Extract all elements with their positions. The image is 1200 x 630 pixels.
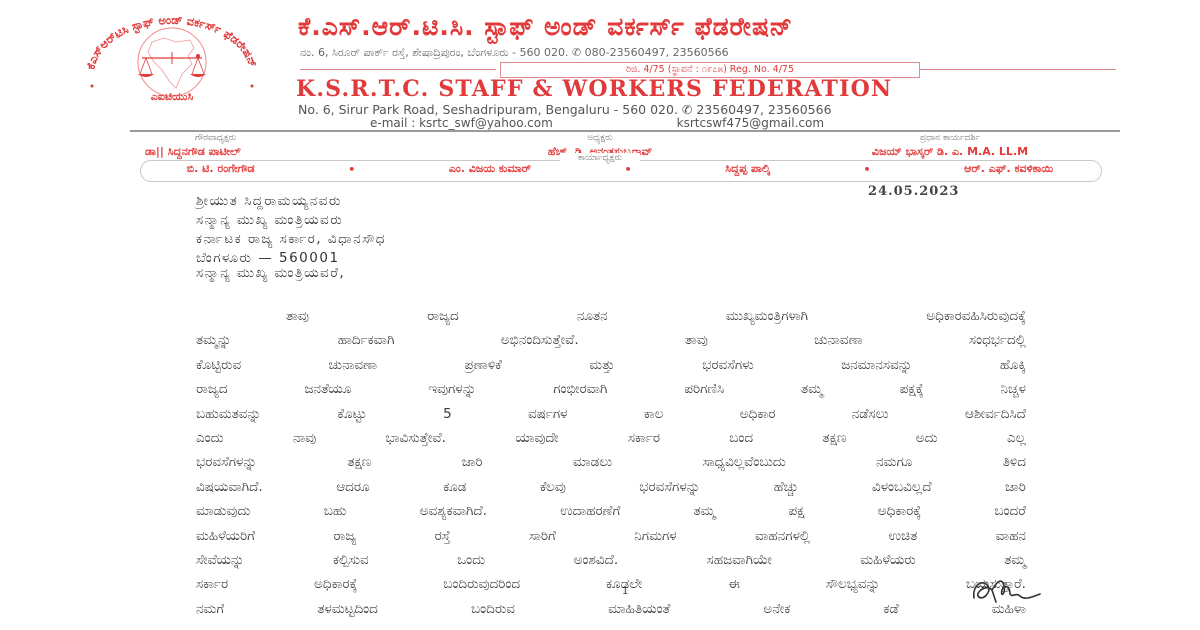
body-word: ಅವಶ್ಯಕವಾಗಿದೆ. <box>420 499 487 523</box>
body-word: ನಿಚ್ಚಳ <box>1001 377 1026 401</box>
salutation: ಸನ್ಮಾನ್ಯ ಮುಖ್ಯ ಮಂತ್ರಿಯವರೆ, <box>196 265 345 281</box>
body-word: ಮಾಡಲು <box>573 450 612 474</box>
body-word: ನಡೆಸಲು <box>852 402 889 426</box>
recipient-line: ಕರ್ನಾಟಕ ರಾಜ್ಯ ಸರ್ಕಾರ, ವಿಧಾನಸೌಧ <box>196 230 386 249</box>
body-word: ಈ <box>728 572 740 596</box>
letter-page: ಕೆಎಸ್‌ಆರ್‌ಟಿಸಿ ಸ್ಟಾಫ್ ಅಂಡ್ ವರ್ಕರ್ಸ್ ಫೆಡರ… <box>0 0 1200 630</box>
body-word: ಆದರೂ <box>336 475 369 499</box>
body-word: ಕೂಡ <box>443 475 466 499</box>
body-word: ಮಾಡುವುದು <box>196 499 251 523</box>
body-word: ರಾಜ್ಯದ <box>427 304 459 328</box>
body-word: ಯಾವುದೇ <box>515 426 558 450</box>
body-word: ಸರ್ಕಾರ <box>628 426 660 450</box>
body-word: ಒಂದು <box>457 548 485 572</box>
body-line: ಮಹಿಳೆಯರಿಗೆರಾಜ್ಯರಸ್ತೆಸಾರಿಗೆನಿಗಮಗಳವಾಹನಗಳಲ್… <box>196 524 1026 548</box>
address-kannada: ನಂ. 6, ಸಿರೂರ್ ಪಾರ್ಕ್ ರಸ್ತೆ, ಶೇಷಾದ್ರಿಪುರಂ… <box>300 46 1120 60</box>
body-line: ಮಾಡುವುದುಬಹುಅವಶ್ಯಕವಾಗಿದೆ.ಉದಾಹರಣೆಗೆತಮ್ಮಪಕ್… <box>196 499 1026 523</box>
body-word: ವಿಳಂಬವಿಲ್ಲದೆ <box>872 475 931 499</box>
body-word: ಗಂಭೀರವಾಗಿ <box>553 377 607 401</box>
body-word: ಅಧಿಕಾರಕ್ಕೆ <box>878 499 922 523</box>
body-word: ಇವುಗಳನ್ನು <box>428 377 476 401</box>
body-word: ಸಾರಿಗೆ <box>529 524 556 548</box>
body-word: ತಾವು <box>286 304 309 328</box>
body-word: 5 <box>443 402 452 426</box>
body-word: ಪ್ರಣಾಳಿಕೆ <box>465 353 502 377</box>
body-line: ರಾಜ್ಯದಜನತೆಯೂಇವುಗಳನ್ನುಗಂಭೀರವಾಗಿಪರಿಗಣಿಸಿತಮ… <box>196 377 1026 401</box>
body-word: ನಮಗೆ <box>196 597 224 621</box>
body-word: ತಳಮಟ್ಟದಿಂದ <box>317 597 378 621</box>
body-word: ತಕ್ಷಣ <box>822 426 846 450</box>
body-word: ಕಾಲ <box>644 402 664 426</box>
body-word: ಮತ್ತು <box>589 353 614 377</box>
body-word: ಜಾರಿ <box>1005 475 1026 499</box>
body-word: ಅಧಿಕಾರವಹಿಸಿರುವುದಕ್ಕೆ <box>926 304 1026 328</box>
recipient-line: ಸನ್ಮಾನ್ಯ ಮುಖ್ಯ ಮಂತ್ರಿಯವರು <box>196 211 386 230</box>
body-word: ನಾವು <box>293 426 316 450</box>
body-word: ಎಲ್ಲ <box>1007 426 1026 450</box>
working-president-name: ಬಿ. ಟಿ. ರಂಗೇಗೌಡ <box>187 162 255 176</box>
body-line: ಭರವಸೆಗಳನ್ನುತಕ್ಷಣಜಾರಿಮಾಡಲುಸಾಧ್ಯವಿಲ್ಲವೆಂಬು… <box>196 450 1026 474</box>
body-word: ಕೆಲವು <box>540 475 566 499</box>
signature-icon <box>968 572 1048 612</box>
body-word: ಬಹು <box>324 499 347 523</box>
body-word: ಕೊಟ್ಟಿರುವ <box>196 353 241 377</box>
divider <box>300 69 496 70</box>
body-word: ಭರವಸೆಗಳನ್ನು <box>196 450 257 474</box>
officer-role: ಗೌರವಾಧ್ಯಕ್ಷರು <box>145 133 345 143</box>
body-word: ಉದಾಹರಣೆಗೆ <box>560 499 620 523</box>
working-president-name: ಸಿದ್ದಪ್ಪ ಪಾಲ್ಕಿ <box>725 162 770 176</box>
body-word: ತಕ್ಷಣ <box>347 450 371 474</box>
body-word: ಕೊಟ್ಟು <box>337 402 366 426</box>
body-word: ಜಾರಿ <box>462 450 483 474</box>
body-word: ರಾಜ್ಯದ <box>196 377 228 401</box>
officer-name: ವಿಜಯ್ ಭಾಸ್ಕರ್ ಡಿ. ಎ. M.A. LL.M <box>840 145 1060 159</box>
logo-bottom-text: ಎಐಟಿಯುಸಿ <box>151 90 194 102</box>
officer-role: ಪ್ರಧಾನ ಕಾರ್ಯದರ್ಶಿ <box>840 133 1060 143</box>
body-word: ತಮ್ಮ <box>1004 548 1026 572</box>
letter-date: 24.05.2023 <box>868 184 959 199</box>
body-word: ಬಂದರೆ <box>994 499 1026 523</box>
body-word: ಭರವಸೆಗಳನ್ನು <box>639 475 700 499</box>
body-word: ಅನೇಕ <box>763 597 790 621</box>
body-word: ತಮ್ಮ <box>801 377 823 401</box>
body-line: ತಮ್ಮನ್ನುಹಾರ್ದಿಕವಾಗಿಅಭಿನಂದಿಸುತ್ತೇವೆ.ತಾವುಚ… <box>196 328 1026 352</box>
body-word: ಉಚಿತ <box>889 524 918 548</box>
body-line: ನಮಗೆತಳಮಟ್ಟದಿಂದಬಂದಿರುವಮಾಹಿತಿಯಂತೆಅನೇಕಕಡೆಮಹ… <box>196 597 1026 621</box>
body-line: ಬಹುಮತವನ್ನುಕೊಟ್ಟು5ವರ್ಷಗಳಕಾಲಅಧಿಕಾರನಡೆಸಲುಆಶ… <box>196 402 1026 426</box>
address-english: No. 6, Sirur Park Road, Seshadripuram, B… <box>298 102 1120 117</box>
body-word: ಎಂದು <box>196 426 224 450</box>
body-word: ಪರಿಗಣಿಸಿ <box>684 377 724 401</box>
body-word: ಅಧಿಕಾರಕ್ಕೆ <box>314 572 358 596</box>
working-presidents-list: ಬಿ. ಟಿ. ರಂಗೇಗೌಡ • ಎಂ. ವಿಜಯ ಕುಮಾರ್ • ಸಿದ್… <box>140 162 1100 176</box>
body-word: ನಮಗೂ <box>876 450 912 474</box>
body-word: ಅಭಿನಂದಿಸುತ್ತೇವೆ. <box>501 328 579 352</box>
body-word: ರಾಜ್ಯ <box>333 524 356 548</box>
federation-logo-icon: ಕೆಎಸ್‌ಆರ್‌ಟಿಸಿ ಸ್ಟಾಫ್ ಅಂಡ್ ವರ್ಕರ್ಸ್ ಫೆಡರ… <box>72 12 272 102</box>
body-word: ಸರ್ಕಾರ <box>196 572 228 596</box>
body-word: ಅಧಿಕಾರ <box>740 402 776 426</box>
body-line: ಸೇವೆಯನ್ನುಕಲ್ಪಿಸುವಒಂದುಅಂಶವಿದೆ.ಸಹಜವಾಗಿಯೇಮಹ… <box>196 548 1026 572</box>
body-word: ತಮ್ಮನ್ನು <box>196 328 231 352</box>
body-word: ವರ್ಷಗಳ <box>528 402 567 426</box>
body-word: ಆಶೀರ್ವದಿಸಿದೆ <box>965 402 1026 426</box>
body-word: ಸಾಧ್ಯವಿಲ್ಲವೆಂಬುದು <box>703 450 786 474</box>
body-line: ವಿಷಯವಾಗಿದೆ.ಆದರೂಕೂಡಕೆಲವುಭರವಸೆಗಳನ್ನುಹೆಚ್ಚು… <box>196 475 1026 499</box>
page-number: 1 <box>622 586 628 597</box>
body-word: ಮಹಿಳೆಯರು <box>860 548 915 572</box>
body-line: ಎಂದುನಾವುಭಾವಿಸುತ್ತೇವೆ.ಯಾವುದೇಸರ್ಕಾರಬಂದತಕ್ಷ… <box>196 426 1026 450</box>
body-word: ಮಾಹಿತಿಯಂತೆ <box>608 597 670 621</box>
body-word: ಸೇವೆಯನ್ನು <box>196 548 244 572</box>
general-secretary: ಪ್ರಧಾನ ಕಾರ್ಯದರ್ಶಿ ವಿಜಯ್ ಭಾಸ್ಕರ್ ಡಿ. ಎ. M… <box>840 133 1060 159</box>
body-word: ಸಹಜವಾಗಿಯೇ <box>707 548 772 572</box>
body-word: ಮುಖ್ಯಮಂತ್ರಿಗಳಾಗಿ <box>726 304 808 328</box>
email-row: e-mail : ksrtc_swf@yahoo.com ksrtcswf475… <box>370 116 1070 130</box>
divider <box>920 69 1116 70</box>
org-name-english: K.S.R.T.C. STAFF & WORKERS FEDERATION <box>296 76 1126 102</box>
recipient-line: ಶ್ರೀಯುತ ಸಿದ್ದರಾಮಯ್ಯನವರು <box>196 192 386 211</box>
officer-name: ಡಾ|| ಸಿದ್ದನಗೌಡ ಪಾಟೀಲ್ <box>145 145 345 159</box>
body-word: ಜನತೆಯೂ <box>304 377 351 401</box>
working-president-name: ಎಂ. ವಿಜಯ ಕುಮಾರ್ <box>449 162 531 176</box>
body-word: ತಿಳಿದ <box>1003 450 1026 474</box>
body-word: ಪಕ್ಷಕ್ಕೆ <box>900 377 924 401</box>
body-word: ತಾವು <box>685 328 708 352</box>
bullet-separator: • <box>864 163 871 176</box>
body-word: ನಿಗಮಗಳ <box>634 524 676 548</box>
body-word: ಪಕ್ಷ <box>789 499 805 523</box>
body-word: ವಾಹನಗಳಲ್ಲಿ <box>755 524 810 548</box>
body-word: ಅದು <box>916 426 938 450</box>
body-word: ಮಹಿಳೆಯರಿಗೆ <box>196 524 255 548</box>
body-word: ಬಂದ <box>729 426 753 450</box>
body-word: ಜನಮಾನಸವನ್ನು <box>841 353 912 377</box>
body-word: ಹಾರ್ದಿಕವಾಗಿ <box>338 328 395 352</box>
email-gmail: ksrtcswf475@gmail.com <box>677 116 824 130</box>
header-divider <box>130 130 1120 132</box>
body-word: ಭಾವಿಸುತ್ತೇವೆ. <box>386 426 446 450</box>
body-word: ಸೌಲಭ್ಯವನ್ನು <box>826 572 880 596</box>
bullet-separator: • <box>625 163 632 176</box>
honorary-president: ಗೌರವಾಧ್ಯಕ್ಷರು ಡಾ|| ಸಿದ್ದನಗೌಡ ಪಾಟೀಲ್ <box>145 133 345 159</box>
body-word: ಹೊಕ್ಕಿ <box>1000 353 1026 377</box>
body-word: ರಸ್ತೆ <box>435 524 451 548</box>
letter-body: ತಾವುರಾಜ್ಯದನೂತನಮುಖ್ಯಮಂತ್ರಿಗಳಾಗಿಅಧಿಕಾರವಹಿಸ… <box>196 304 1026 621</box>
body-word: ತಮ್ಮ <box>694 499 716 523</box>
body-line: ಸರ್ಕಾರಅಧಿಕಾರಕ್ಕೆಬಂದಿರುವುದರಿಂದಕೂಡಲೇಈಸೌಲಭ್… <box>196 572 1026 596</box>
body-word: ವಾಹನ <box>996 524 1026 548</box>
body-word: ಹೆಚ್ಚು <box>774 475 799 499</box>
body-line: ಕೊಟ್ಟಿರುವಚುನಾವಣಾಪ್ರಣಾಳಿಕೆಮತ್ತುಭರವಸೆಗಳುಜನ… <box>196 353 1026 377</box>
body-word: ಭರವಸೆಗಳು <box>702 353 754 377</box>
body-word: ಚುನಾವಣಾ <box>814 328 863 352</box>
body-word: ಕಲ್ಪಿಸುವ <box>333 548 369 572</box>
body-word: ವಿಷಯವಾಗಿದೆ. <box>196 475 263 499</box>
body-word: ನೂತನ <box>577 304 608 328</box>
body-word: ಅಂಶವಿದೆ. <box>574 548 619 572</box>
body-word: ಬಂದಿರುವ <box>471 597 515 621</box>
body-word: ಸಂಧರ್ಭದಲ್ಲಿ <box>969 328 1026 352</box>
body-word: ಕಡೆ <box>883 597 898 621</box>
officer-role: ಅಧ್ಯಕ್ಷರು <box>500 133 700 143</box>
recipient-address: ಶ್ರೀಯುತ ಸಿದ್ದರಾಮಯ್ಯನವರು ಸನ್ಮಾನ್ಯ ಮುಖ್ಯ ಮ… <box>196 192 386 268</box>
working-president-name: ಆರ್. ಎಫ್. ಕವಳಿಕಾಯಿ <box>964 162 1053 176</box>
body-word: ಬಹುಮತವನ್ನು <box>196 402 261 426</box>
body-line: ತಾವುರಾಜ್ಯದನೂತನಮುಖ್ಯಮಂತ್ರಿಗಳಾಗಿಅಧಿಕಾರವಹಿಸ… <box>196 304 1026 328</box>
org-name-kannada: ಕೆ.ಎಸ್.ಆರ್.ಟಿ.ಸಿ. ಸ್ಟಾಫ್ ಅಂಡ್ ವರ್ಕರ್ಸ್ ಫ… <box>298 12 1118 42</box>
bullet-separator: • <box>348 163 355 176</box>
body-word: ಬಂದಿರುವುದರಿಂದ <box>443 572 520 596</box>
email-yahoo: e-mail : ksrtc_swf@yahoo.com <box>370 116 553 130</box>
body-word: ಚುನಾವಣಾ <box>329 353 378 377</box>
